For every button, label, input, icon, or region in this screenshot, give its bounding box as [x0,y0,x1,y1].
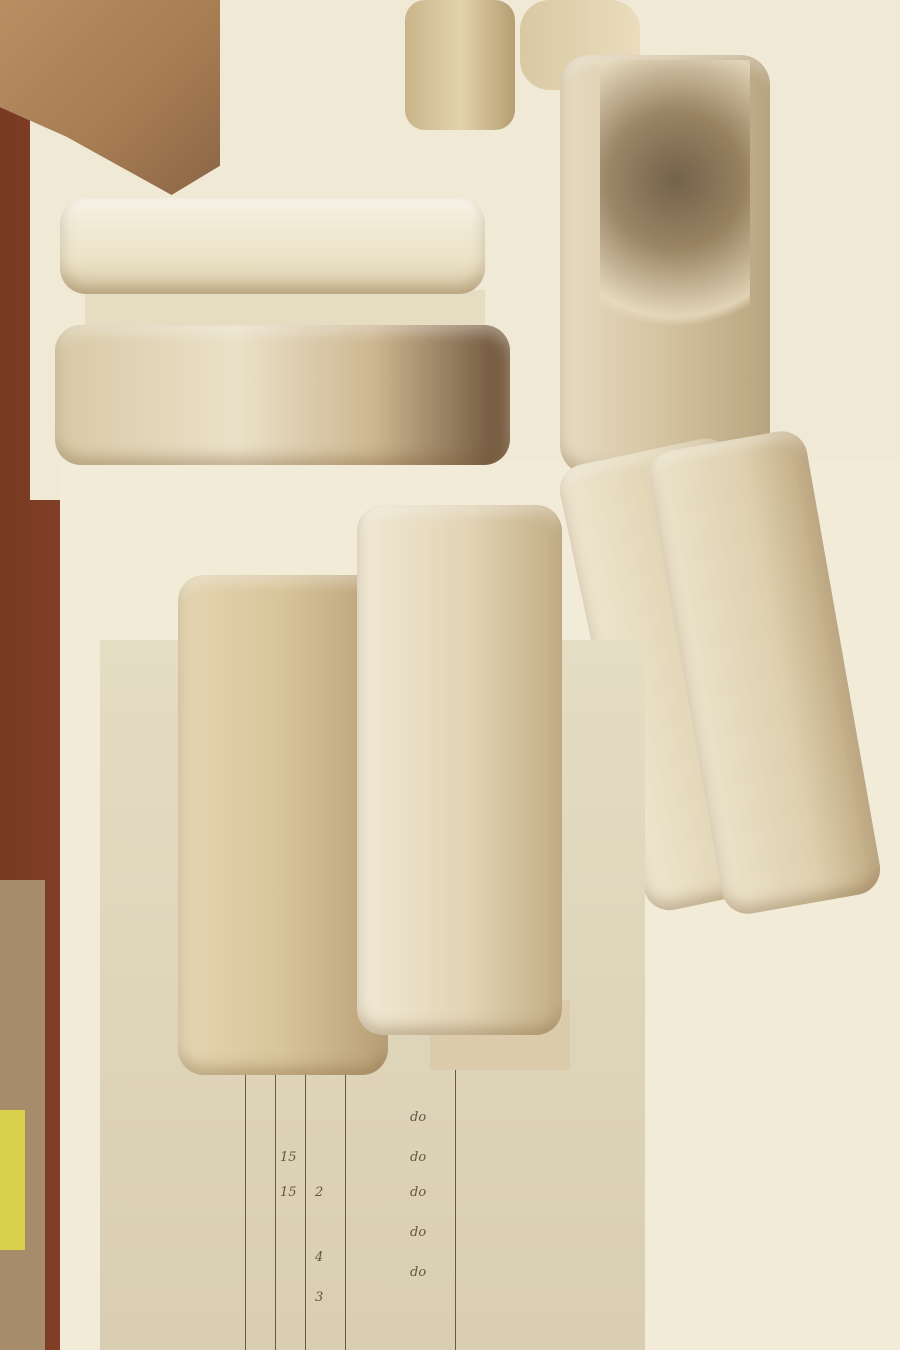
dirty-roll [55,325,510,465]
ledger-number: 15 [280,1150,297,1165]
torn-roll-damage [600,60,750,360]
white-roll [60,198,485,294]
ledger-number: 15 [280,1185,297,1200]
ledger-column-line [305,1060,306,1350]
ledger-column-line [275,1060,276,1350]
ledger-text: do [410,1150,426,1165]
ledger-column-line [455,1060,456,1350]
small-roll-1 [405,0,515,130]
yellow-label [0,1110,25,1250]
ledger-number: 4 [315,1250,323,1265]
center-roll-right [357,505,562,1035]
roll-underlayer [85,290,485,330]
ledger-text: do [410,1265,426,1280]
ledger-column-line [345,1060,346,1350]
ledger-column-line [245,1060,246,1350]
ledger-text: do [410,1110,426,1125]
ledger-number: 2 [315,1185,323,1200]
ledger-text: do [410,1185,426,1200]
ledger-number: 3 [315,1290,323,1305]
ledger-text: do [410,1225,426,1240]
